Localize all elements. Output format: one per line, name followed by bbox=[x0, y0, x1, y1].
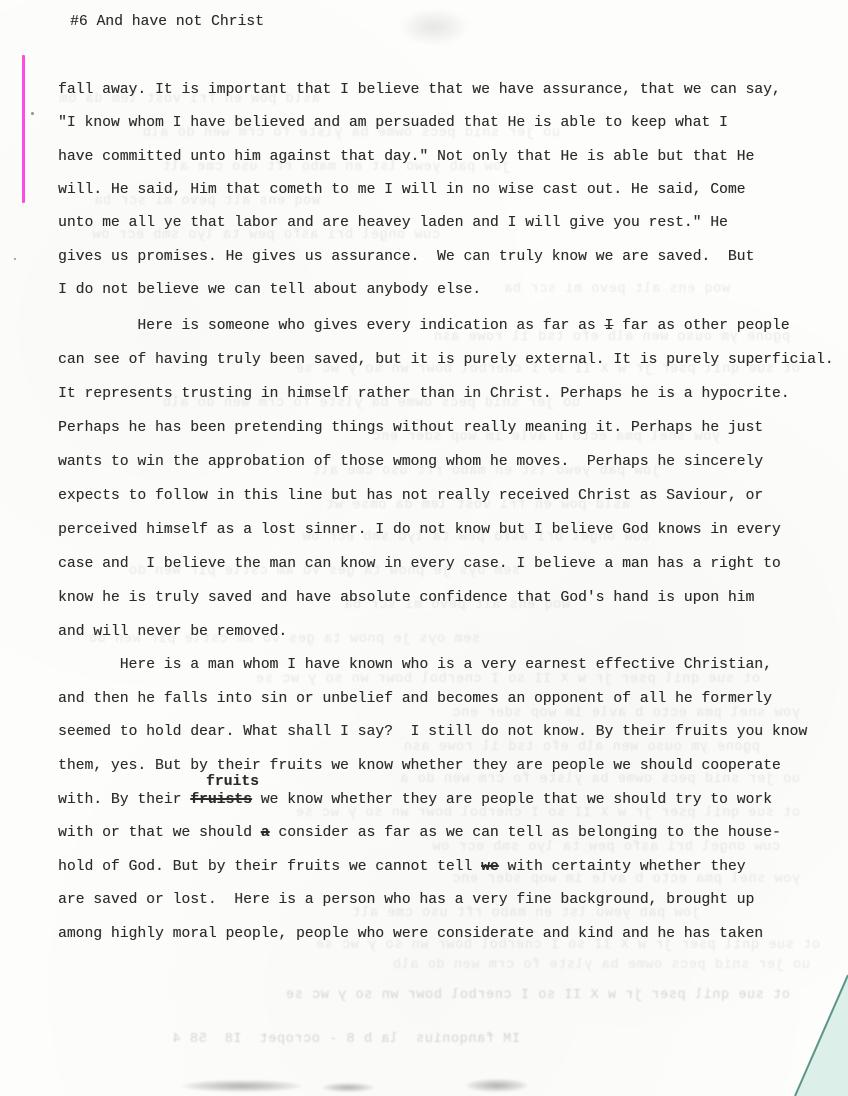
interline-correction: fruits bbox=[206, 772, 259, 792]
line-segment: Here is someone who gives every indicati… bbox=[58, 318, 604, 334]
text-line: and then he falls into sin or unbelief a… bbox=[58, 689, 772, 709]
text-line: fall away. It is important that I believ… bbox=[58, 80, 781, 100]
ink-speck bbox=[31, 112, 34, 115]
line-segment: consider as far as we can tell as belong… bbox=[270, 825, 781, 841]
text-line: Here is someone who gives every indicati… bbox=[58, 316, 790, 336]
text-line: can see of having truly been saved, but … bbox=[58, 350, 834, 370]
bleedthrough-text: IM fanqonius la b 8 - ocropet I8 58 4 bbox=[60, 1032, 520, 1048]
text-line: expects to follow in this line but has n… bbox=[58, 486, 763, 506]
ink-smudge bbox=[322, 1083, 374, 1092]
struck-out-text: fruists bbox=[190, 792, 252, 808]
text-line: gives us promises. He gives us assurance… bbox=[58, 247, 754, 267]
text-line: Perhaps he has been pretending things wi… bbox=[58, 418, 763, 438]
text-line: with. By their fruists we know whether t… bbox=[58, 790, 772, 810]
text-line: Here is a man whom I have known who is a… bbox=[58, 655, 772, 675]
struck-out-text: we bbox=[481, 859, 499, 875]
text-line: are saved or lost. Here is a person who … bbox=[58, 890, 754, 910]
text-line: with or that we should a consider as far… bbox=[58, 823, 781, 843]
bleedthrough-text: pgone ym ouso wen alb efo tsd il rowe as… bbox=[60, 740, 760, 756]
text-line: will. He said, Him that cometh to me I w… bbox=[58, 180, 746, 200]
ink-smudge bbox=[466, 1079, 528, 1092]
struck-out-text: I bbox=[604, 318, 613, 334]
text-line: perceived himself as a lost sinner. I do… bbox=[58, 520, 781, 540]
line-segment: with certainty whether they bbox=[499, 859, 746, 875]
text-line: hold of God. But by their fruits we cann… bbox=[58, 857, 746, 877]
text-line: It represents trusting in himself rather… bbox=[58, 384, 790, 404]
text-line: wants to win the approbation of those wm… bbox=[58, 452, 763, 472]
ink-speck bbox=[14, 258, 16, 260]
pencil-smudge bbox=[398, 8, 470, 46]
text-line: know he is truly saved and have absolute… bbox=[58, 588, 754, 608]
text-line: have committed unto him against that day… bbox=[58, 147, 754, 167]
folded-corner-triangle bbox=[788, 971, 848, 1096]
scanned-typewritten-page: asld pow en fri vost lem da omse wt uo j… bbox=[0, 0, 848, 1096]
line-segment: with. By their bbox=[58, 792, 190, 808]
text-line: "I know whom I have believed and am pers… bbox=[58, 113, 728, 133]
bleedthrough-text: ot sue qnil pser jr w X II so I cnerbol … bbox=[70, 988, 790, 1004]
text-line: I do not believe we can tell about anybo… bbox=[58, 280, 481, 300]
struck-out-text: a bbox=[261, 825, 270, 841]
text-line: case and I believe the man can know in e… bbox=[58, 554, 781, 574]
line-segment: we know whether they are people that we … bbox=[252, 792, 772, 808]
text-line: among highly moral people, people who we… bbox=[58, 924, 763, 944]
text-line: unto me all ye that labor and are heavey… bbox=[58, 213, 728, 233]
text-line: seemed to hold dear. What shall I say? I… bbox=[58, 722, 807, 742]
pink-scan-line-artifact bbox=[22, 55, 25, 203]
bleedthrough-text: uo jer snid pecs owme ba ylste fo crm we… bbox=[70, 958, 810, 974]
line-segment: far as other people bbox=[613, 318, 789, 334]
page-heading: #6 And have not Christ bbox=[70, 12, 264, 32]
text-line: them, yes. But by their fruits we know w… bbox=[58, 756, 781, 776]
line-segment: hold of God. But by their fruits we cann… bbox=[58, 859, 481, 875]
line-segment: with or that we should bbox=[58, 825, 261, 841]
ink-smudge bbox=[182, 1080, 302, 1092]
text-line: and will never be removed. bbox=[58, 622, 287, 642]
